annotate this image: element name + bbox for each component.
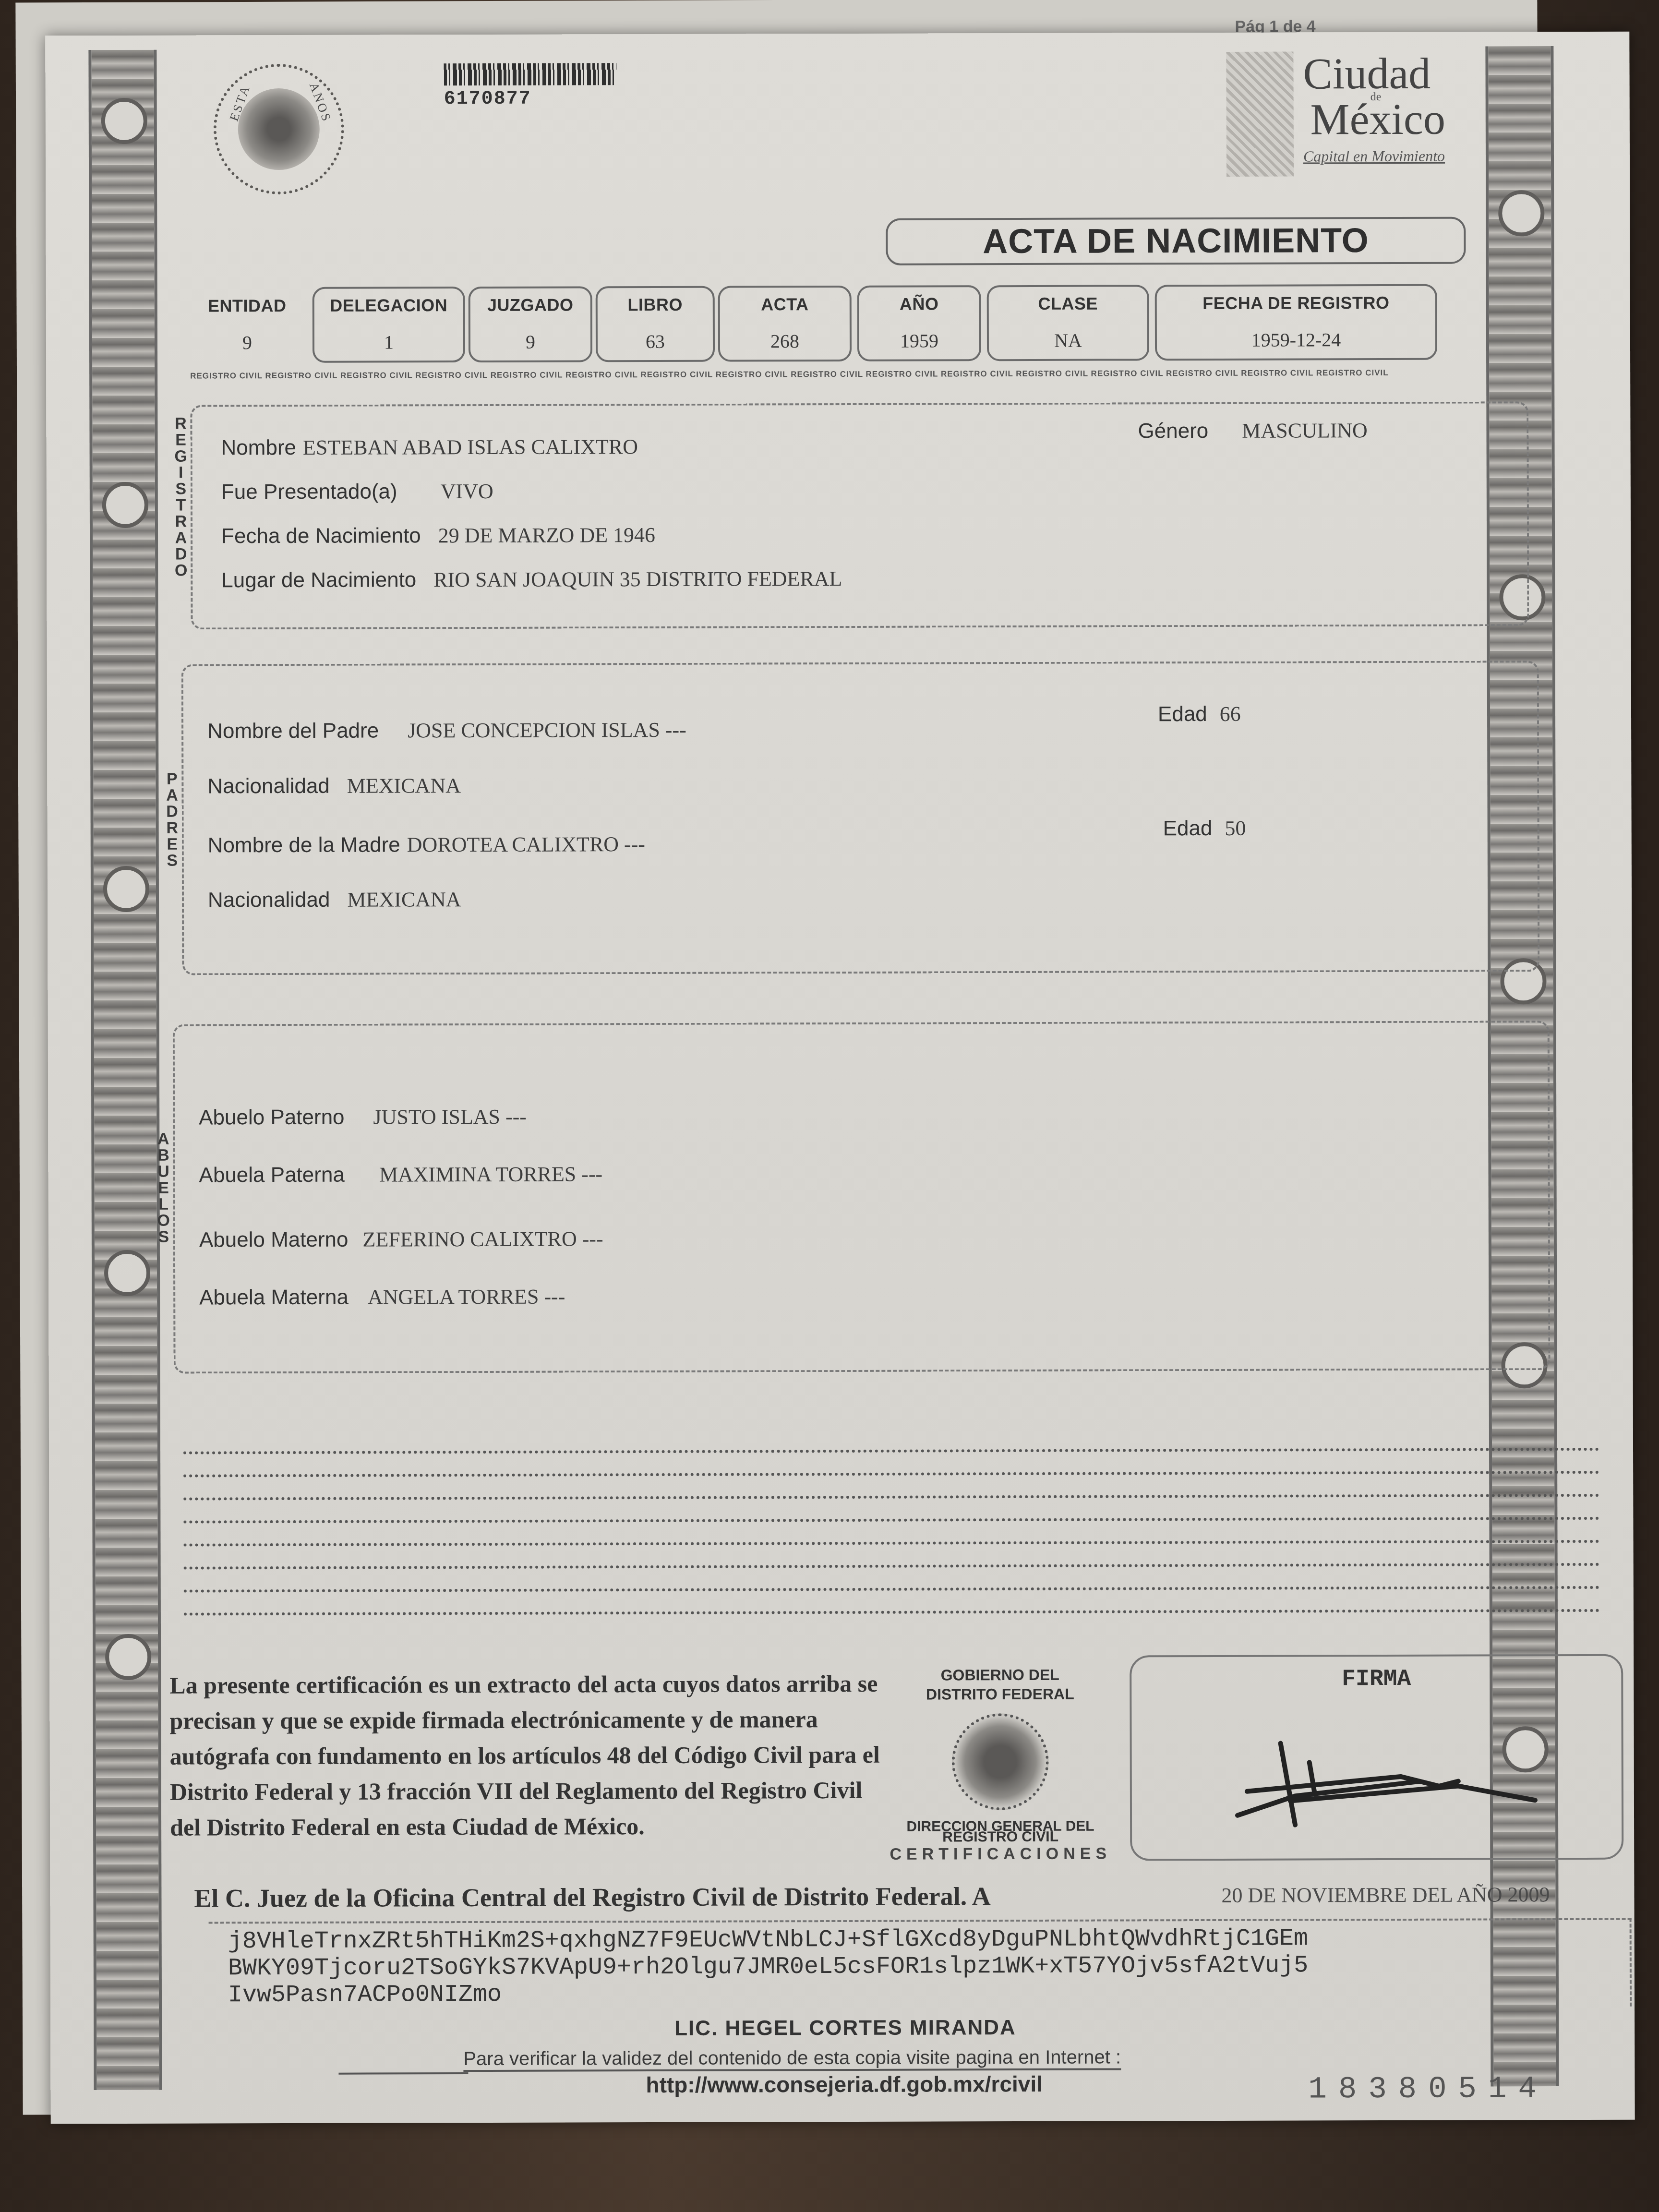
registry-field-delegacion: DELEGACION 1 [313, 287, 465, 363]
field-value: 268 [720, 330, 850, 353]
field-value: ESTEBAN ABAD ISLAS CALIXTRO [303, 435, 638, 459]
signature-box: FIRMA [1130, 1654, 1623, 1861]
birth-certificate: ESTA ANOS 6170877 Ciudad de México Capit… [45, 32, 1635, 2124]
field-value: 1 [314, 331, 463, 354]
field-value: 1959 [859, 329, 979, 352]
lugar-nacimiento-row: Lugar de NacimientoRIO SAN JOAQUIN 35 DI… [221, 566, 842, 592]
field-label: JUZGADO [470, 295, 590, 315]
knot-ornament-icon [104, 1250, 150, 1296]
hash-line: j8VHleTrnxZRt5hTHiKm2S+qxhgNZ7F9EUcWVtNb… [228, 1925, 1630, 1956]
annotation-lines [183, 1448, 1600, 1644]
logo-tagline: Capital en Movimiento [1303, 147, 1445, 166]
ornamental-border-left [88, 50, 162, 2090]
madre-edad-row: Edad50 [1163, 816, 1246, 841]
knot-ornament-icon [1498, 190, 1544, 236]
issue-date: 20 DE NOVIEMBRE DEL AÑO 2009 [1221, 1882, 1550, 1908]
field-label: Edad [1163, 817, 1213, 840]
section-label-registrado: REGISTRADO [171, 415, 191, 582]
verify-instructions: Para verificar la validez del contenido … [463, 2046, 1121, 2072]
handwritten-signature-icon [1218, 1733, 1555, 1830]
field-label: Fue Presentado(a) [221, 480, 397, 504]
field-value: 9 [470, 330, 590, 353]
field-label: Nacionalidad [207, 774, 330, 798]
field-label: Lugar de Nacimiento [221, 568, 416, 592]
verify-url-link[interactable]: http://www.consejeria.df.gob.mx/rcivil [646, 2071, 1043, 2098]
field-value: MAXIMINA TORRES --- [379, 1162, 602, 1186]
dotted-line [184, 1540, 1600, 1547]
registro-civil-strip: REGISTRO CIVIL REGISTRO CIVIL REGISTRO C… [190, 368, 1515, 381]
registry-field-entidad: ENTIDAD 9 [185, 287, 309, 363]
dotted-line [184, 1563, 1600, 1570]
signature-label: FIRMA [1131, 1666, 1621, 1693]
field-value: MASCULINO [1242, 419, 1368, 443]
field-label: Abuelo Materno [199, 1228, 349, 1252]
side-label-text: PADRES [162, 770, 182, 868]
registry-field-ano: AÑO 1959 [857, 285, 981, 361]
seal-gov-line: GOBIERNO DEL [875, 1665, 1125, 1684]
knot-ornament-icon [102, 482, 148, 528]
knot-ornament-icon [101, 98, 147, 144]
national-seal-icon [951, 1713, 1049, 1811]
ciudad-de-mexico-logo: Ciudad de México Capital en Movimiento [1226, 51, 1495, 181]
field-value: JUSTO ISLAS --- [373, 1105, 527, 1129]
field-label: Fecha de Nacimiento [221, 524, 421, 548]
abuelo-materno-row: Abuelo MaternoZEFERINO CALIXTRO --- [199, 1226, 603, 1252]
field-label: ENTIDAD [187, 296, 307, 316]
field-label: Abuela Paterna [199, 1163, 344, 1187]
field-label: Nombre de la Madre [208, 833, 400, 857]
judge-statement: El C. Juez de la Oficina Central del Reg… [194, 1881, 990, 1913]
divider [338, 2072, 468, 2075]
hash-line: BWKY09Tjcoru2TSoGYkS7KVApU9+rh2Olgu7JMR0… [228, 1952, 1630, 1983]
field-label: AÑO [859, 294, 979, 314]
abuelo-paterno-row: Abuelo PaternoJUSTO ISLAS --- [199, 1105, 527, 1130]
field-label: FECHA DE REGISTRO [1157, 293, 1435, 314]
certification-text: La presente certificación es un extracto… [169, 1666, 890, 1845]
seal-department: CERTIFICACIONES [876, 1844, 1125, 1863]
section-label-padres: PADRES [162, 770, 182, 872]
genero-row: GéneroMASCULINO [1138, 418, 1367, 443]
section-abuelos: Abuelo PaternoJUSTO ISLAS --- Abuela Pat… [173, 1021, 1551, 1374]
field-label: Género [1138, 419, 1208, 443]
logo-line: Ciudad [1303, 51, 1431, 96]
hash-line: Ivw5Pasn7ACPo0NIZmo [228, 1979, 1630, 2009]
registry-field-libro: LIBRO 63 [596, 286, 715, 362]
fecha-nacimiento-row: Fecha de Nacimiento29 DE MARZO DE 1946 [221, 523, 655, 548]
padre-nacionalidad-row: NacionalidadMEXICANA [207, 773, 461, 798]
dotted-line [184, 1609, 1600, 1616]
field-value: 63 [598, 330, 713, 353]
field-value: MEXICANA [347, 888, 461, 912]
knot-ornament-icon [105, 1634, 151, 1680]
section-registrado: NombreESTEBAN ABAD ISLAS CALIXTRO Género… [190, 401, 1529, 629]
side-label-text: ABUELOS [154, 1130, 173, 1244]
field-value: 1959-12-24 [1157, 328, 1435, 352]
field-label: Edad [1158, 702, 1207, 726]
field-label: CLASE [989, 293, 1147, 314]
registry-field-juzgado: JUZGADO 9 [469, 286, 592, 362]
registry-fields: ENTIDAD 9 DELEGACION 1 JUZGADO 9 LIBRO 6… [185, 284, 1520, 369]
field-label: Abuela Materna [199, 1286, 349, 1310]
knot-ornament-icon [103, 866, 149, 912]
field-value: ANGELA TORRES --- [368, 1285, 565, 1309]
field-value: 66 [1220, 702, 1241, 726]
section-padres: Nombre del PadreJOSE CONCEPCION ISLAS --… [181, 661, 1540, 975]
dotted-line [183, 1494, 1599, 1501]
madre-row: Nombre de la MadreDOROTEA CALIXTRO --- [208, 832, 645, 857]
madre-nacionalidad-row: NacionalidadMEXICANA [208, 887, 461, 912]
barcode-icon [444, 63, 616, 85]
section-label-abuelos: ABUELOS [154, 1130, 173, 1249]
electronic-signature-hash: j8VHleTrnxZRt5hTHiKm2S+qxhgNZ7F9EUcWVtNb… [209, 1918, 1632, 2010]
field-value: 29 DE MARZO DE 1946 [438, 523, 655, 547]
signer-name: LIC. HEGEL CORTES MIRANDA [674, 2016, 1016, 2041]
field-value: DOROTEA CALIXTRO --- [407, 832, 645, 856]
dotted-line [183, 1471, 1599, 1478]
dotted-line [183, 1517, 1599, 1524]
registry-field-fecha-registro: FECHA DE REGISTRO 1959-12-24 [1155, 284, 1437, 361]
field-value: MEXICANA [347, 774, 461, 798]
logo-line: México [1310, 97, 1445, 142]
field-value: RIO SAN JOAQUIN 35 DISTRITO FEDERAL [433, 567, 842, 591]
seal-gov-line: DISTRITO FEDERAL [875, 1684, 1125, 1704]
field-value: JOSE CONCEPCION ISLAS --- [408, 718, 686, 743]
field-value: 50 [1225, 817, 1246, 840]
field-value: 9 [187, 331, 307, 354]
field-value: VIVO [441, 480, 493, 503]
nombre-row: NombreESTEBAN ABAD ISLAS CALIXTRO [221, 434, 638, 460]
mexican-coat-of-arms-icon: ESTA ANOS [213, 64, 344, 195]
barcode-number: 6170877 [444, 88, 531, 110]
padre-edad-row: Edad66 [1158, 702, 1241, 726]
dotted-line [183, 1448, 1599, 1455]
dotted-line [184, 1586, 1600, 1593]
field-label: ACTA [720, 294, 850, 315]
registry-field-clase: CLASE NA [987, 285, 1149, 361]
ornament-icon [1226, 52, 1294, 177]
field-label: Nombre del Padre [207, 719, 379, 743]
official-seal-block: GOBIERNO DEL DISTRITO FEDERAL DIRECCION … [875, 1665, 1125, 1857]
abuela-materna-row: Abuela MaternaANGELA TORRES --- [199, 1285, 565, 1310]
field-label: Nacionalidad [208, 888, 330, 912]
document-title: ACTA DE NACIMIENTO [983, 221, 1369, 261]
field-label: Abuelo Paterno [199, 1106, 344, 1130]
side-label-text: REGISTRADO [171, 415, 191, 578]
field-label: LIBRO [598, 295, 713, 315]
field-label: Nombre [221, 436, 296, 459]
presentado-row: Fue Presentado(a)VIVO [221, 479, 493, 504]
field-value: NA [989, 329, 1147, 352]
abuela-paterna-row: Abuela PaternaMAXIMINA TORRES --- [199, 1162, 602, 1187]
padre-row: Nombre del PadreJOSE CONCEPCION ISLAS --… [207, 718, 686, 744]
field-value: ZEFERINO CALIXTRO --- [362, 1227, 603, 1251]
field-label: DELEGACION [314, 295, 463, 316]
folio-number: 18380514 [1308, 2072, 1548, 2107]
registry-field-acta: ACTA 268 [718, 286, 852, 362]
document-title-box: ACTA DE NACIMIENTO [886, 217, 1466, 265]
eagle-emblem-icon [238, 88, 320, 170]
